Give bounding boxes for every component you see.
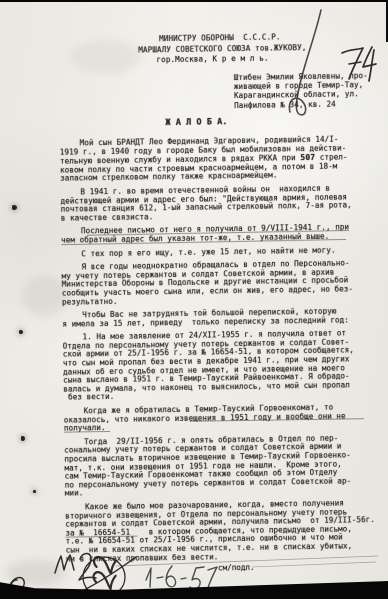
sender-address-block: Штибен Эмилии Яковлевны, про- живающей в… bbox=[234, 71, 369, 110]
recipient-line-marshal: МАРШАЛУ СОВЕТСКОГО СОЮЗА тов.ЖУКОВУ, bbox=[138, 43, 306, 54]
recipient-line-ministry: МИНИСТРУ ОБОРОНЫ С.С.С.Р. bbox=[159, 32, 281, 43]
paragraph-4: С тех пор я его ищу, т.е. уже 15 лет, но… bbox=[61, 246, 375, 259]
paragraph-7: 1. На мое заявление от 24/XII-1955 г. я … bbox=[63, 329, 378, 402]
paragraph-6: Чтобы Вас не затруднять той большой пере… bbox=[62, 307, 376, 329]
recipient-line-city: гор.Москва, К р е м л ь. bbox=[156, 54, 268, 65]
paragraph-2: В 1941 г. во время отечественной войны о… bbox=[60, 184, 374, 223]
letter-body: Мой сын БРАНДТ Лео Фердинанд Эдгарович, … bbox=[60, 135, 380, 569]
footer-note: см/подл. bbox=[218, 563, 255, 573]
scan-edge-top bbox=[0, 0, 388, 2]
paragraph-10: Какое же было мое разочарование, когда, … bbox=[65, 499, 380, 564]
paragraph-5: Я все годы неоднократно обращалась в отд… bbox=[61, 259, 376, 307]
paragraph-1: Мой сын БРАНДТ Лео Фердинанд Эдгарович, … bbox=[60, 135, 375, 184]
scanned-document: МИНИСТРУ ОБОРОНЫ С.С.С.Р. МАРШАЛУ СОВЕТС… bbox=[0, 0, 388, 599]
typewritten-content: МИНИСТРУ ОБОРОНЫ С.С.С.Р. МАРШАЛУ СОВЕТС… bbox=[0, 0, 388, 599]
document-title: Ж А Л О Б А. bbox=[165, 117, 227, 128]
paragraph-9: Тогда 29/II-1956 г. я опять обратилась в… bbox=[64, 434, 379, 499]
